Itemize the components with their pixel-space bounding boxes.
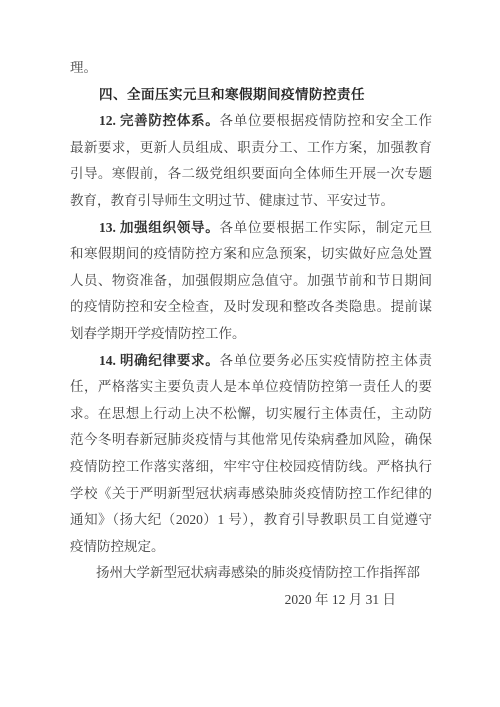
signature-line: 扬州大学新型冠状病毒感染的肺炎疫情防控工作指挥部 [70, 560, 432, 587]
text-line: 和寒假期间的疫情防控方案和应急预案，切实做好应急处置 [70, 241, 432, 268]
text-line: 14. 明确纪律要求。各单位要务必压实疫情防控主体责 [70, 348, 432, 375]
text-line: 划春学期开学疫情防控工作。 [70, 321, 432, 348]
text-line: 范今冬明春新冠肺炎疫情与其他常见传染病叠加风险，确保 [70, 427, 432, 454]
paragraph-lead: 12. 完善防控体系。 [99, 113, 219, 128]
paragraph-text: 各单位要务必压实疫情防控主体责 [219, 353, 432, 368]
paragraph-lead: 13. 加强组织领导。 [99, 220, 219, 235]
text-line: 最新要求，更新人员组成、职责分工、工作方案，加强教育 [70, 135, 432, 162]
date-line: 2020 年 12 月 31 日 [70, 587, 432, 614]
paragraph-continuation-line: 理。 [70, 55, 432, 82]
section-heading: 四、全面压实元旦和寒假期间疫情防控责任 [70, 82, 432, 109]
text-line: 求。在思想上行动上决不松懈，切实履行主体责任，主动防 [70, 401, 432, 428]
paragraph-lead: 14. 明确纪律要求。 [99, 353, 219, 368]
text-line: 教育，教育引导师生文明过节、健康过节、平安过节。 [70, 188, 432, 215]
paragraph-13: 13. 加强组织领导。各单位要根据工作实际，制定元旦 和寒假期间的疫情防控方案和… [70, 215, 432, 348]
text-line: 疫情防控规定。 [70, 534, 432, 561]
text-line: 疫情防控工作落实落细，牢牢守住校园疫情防线。严格执行 [70, 454, 432, 481]
paragraph-text: 各单位要根据疫情防控和安全工作 [219, 113, 432, 128]
text-line: 通知》（扬大纪（2020）1 号），教育引导教职员工自觉遵守 [70, 507, 432, 534]
text-line: 学校《关于严明新型冠状病毒感染肺炎疫情防控工作纪律的 [70, 481, 432, 508]
text-line: 的疫情防控和安全检查，及时发现和整改各类隐患。提前谋 [70, 294, 432, 321]
paragraph-text: 各单位要根据工作实际，制定元旦 [219, 220, 432, 235]
text-line: 任，严格落实主要负责人是本单位疫情防控第一责任人的要 [70, 374, 432, 401]
text-line: 12. 完善防控体系。各单位要根据疫情防控和安全工作 [70, 108, 432, 135]
text-line: 引导。寒假前，各二级党组织要面向全体师生开展一次专题 [70, 161, 432, 188]
paragraph-14: 14. 明确纪律要求。各单位要务必压实疫情防控主体责 任，严格落实主要负责人是本… [70, 348, 432, 561]
text-line: 13. 加强组织领导。各单位要根据工作实际，制定元旦 [70, 215, 432, 242]
document-page: 理。 四、全面压实元旦和寒假期间疫情防控责任 12. 完善防控体系。各单位要根据… [0, 0, 500, 707]
paragraph-12: 12. 完善防控体系。各单位要根据疫情防控和安全工作 最新要求，更新人员组成、职… [70, 108, 432, 214]
text-line: 人员、物资准备，加强假期应急值守。加强节前和节日期间 [70, 268, 432, 295]
